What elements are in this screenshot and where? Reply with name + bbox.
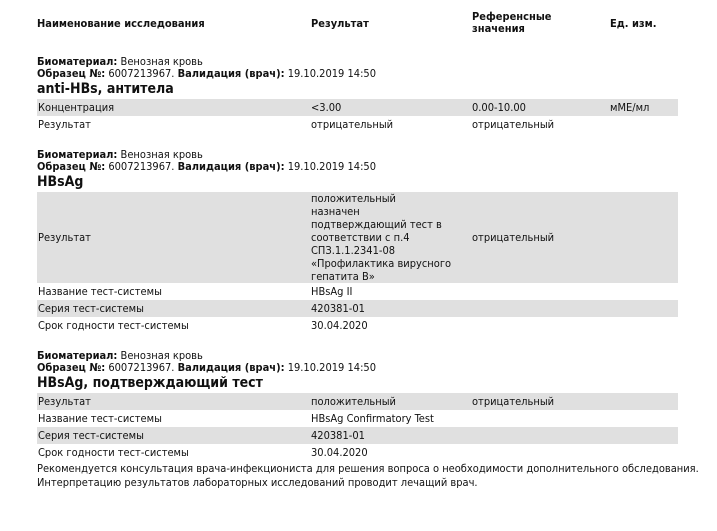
param-unit: мМЕ/мл (609, 99, 678, 116)
validation-label: Валидация (врач): (178, 160, 285, 173)
table-row: Серия тест-системы 420381-01 (37, 427, 678, 444)
table-row: Результат положительныйназначенподтвержд… (37, 192, 678, 283)
lab-report: Наименование исследования Результат Рефе… (37, 0, 678, 490)
header-result: Результат (311, 17, 369, 30)
param-result: HBsAg II (310, 283, 471, 300)
param-unit (609, 410, 678, 427)
recommendation-note: Рекомендуется консультация врача-инфекци… (37, 462, 717, 490)
table-row: Концентрация <3.00 0.00-10.00 мМЕ/мл (37, 99, 678, 116)
param-unit (609, 393, 678, 410)
results-table: Результат положительный отрицательный На… (37, 393, 678, 461)
results-table: Концентрация <3.00 0.00-10.00 мМЕ/мл Рез… (37, 99, 678, 133)
table-row: Результат отрицательный отрицательный (37, 116, 678, 133)
sample-value: 6007213967. (105, 160, 177, 173)
param-name: Название тест-системы (37, 283, 310, 300)
test-title: anti-HBs, антитела (37, 81, 678, 98)
sample-label: Образец №: (37, 160, 105, 173)
param-unit (609, 427, 678, 444)
param-reference (471, 317, 609, 334)
table-row: Название тест-системы HBsAg II (37, 283, 678, 300)
validation-value: 19.10.2019 14:50 (285, 361, 376, 374)
param-result: 30.04.2020 (310, 444, 471, 461)
validation-label: Валидация (врач): (178, 361, 285, 374)
param-result: HBsAg Confirmatory Test (310, 410, 471, 427)
table-row: Результат положительный отрицательный (37, 393, 678, 410)
param-result: положительныйназначенподтверждающий тест… (310, 192, 471, 283)
table-row: Срок годности тест-системы 30.04.2020 (37, 444, 678, 461)
param-name: Концентрация (37, 99, 310, 116)
param-reference: отрицательный (471, 116, 609, 133)
test-title: HBsAg, подтверждающий тест (37, 375, 678, 392)
param-result: положительный (310, 393, 471, 410)
param-name: Результат (37, 393, 310, 410)
sample-label: Образец №: (37, 361, 105, 374)
test-section: Биоматериал: Венозная кровь Образец №: 6… (37, 350, 678, 461)
sample-value: 6007213967. (105, 67, 177, 80)
param-reference (471, 410, 609, 427)
header-reference: Референсные значения (472, 11, 582, 35)
test-section: Биоматериал: Венозная кровь Образец №: 6… (37, 149, 678, 334)
param-name: Название тест-системы (37, 410, 310, 427)
param-unit (609, 283, 678, 300)
param-result: 420381-01 (310, 427, 471, 444)
param-unit (609, 317, 678, 334)
sample-label: Образец №: (37, 67, 105, 80)
param-result: 420381-01 (310, 300, 471, 317)
param-reference (471, 300, 609, 317)
results-table: Результат положительныйназначенподтвержд… (37, 192, 678, 334)
sample-value: 6007213967. (105, 361, 177, 374)
validation-label: Валидация (врач): (178, 67, 285, 80)
validation-value: 19.10.2019 14:50 (285, 67, 376, 80)
param-name: Результат (37, 192, 310, 283)
test-section: Биоматериал: Венозная кровь Образец №: 6… (37, 56, 678, 133)
column-header: Наименование исследования Результат Рефе… (37, 0, 678, 56)
param-reference: отрицательный (471, 393, 609, 410)
section-gap (37, 334, 678, 350)
param-result: <3.00 (310, 99, 471, 116)
sample-line: Образец №: 6007213967. Валидация (врач):… (37, 161, 678, 173)
param-name: Срок годности тест-системы (37, 317, 310, 334)
param-result: 30.04.2020 (310, 317, 471, 334)
header-name: Наименование исследования (37, 17, 205, 30)
validation-value: 19.10.2019 14:50 (285, 160, 376, 173)
sample-line: Образец №: 6007213967. Валидация (врач):… (37, 68, 678, 80)
param-name: Серия тест-системы (37, 300, 310, 317)
param-reference: отрицательный (471, 192, 609, 283)
header-unit: Ед. изм. (610, 17, 657, 30)
param-result: отрицательный (310, 116, 471, 133)
table-row: Название тест-системы HBsAg Confirmatory… (37, 410, 678, 427)
sample-line: Образец №: 6007213967. Валидация (врач):… (37, 362, 678, 374)
param-unit (609, 192, 678, 283)
param-unit (609, 300, 678, 317)
param-name: Результат (37, 116, 310, 133)
param-reference (471, 444, 609, 461)
param-name: Срок годности тест-системы (37, 444, 310, 461)
table-row: Серия тест-системы 420381-01 (37, 300, 678, 317)
test-title: HBsAg (37, 174, 678, 191)
table-row: Срок годности тест-системы 30.04.2020 (37, 317, 678, 334)
param-name: Серия тест-системы (37, 427, 310, 444)
section-gap (37, 133, 678, 149)
param-reference (471, 283, 609, 300)
param-reference (471, 427, 609, 444)
param-unit (609, 116, 678, 133)
param-unit (609, 444, 678, 461)
sections: Биоматериал: Венозная кровь Образец №: 6… (37, 56, 678, 461)
param-reference: 0.00-10.00 (471, 99, 609, 116)
